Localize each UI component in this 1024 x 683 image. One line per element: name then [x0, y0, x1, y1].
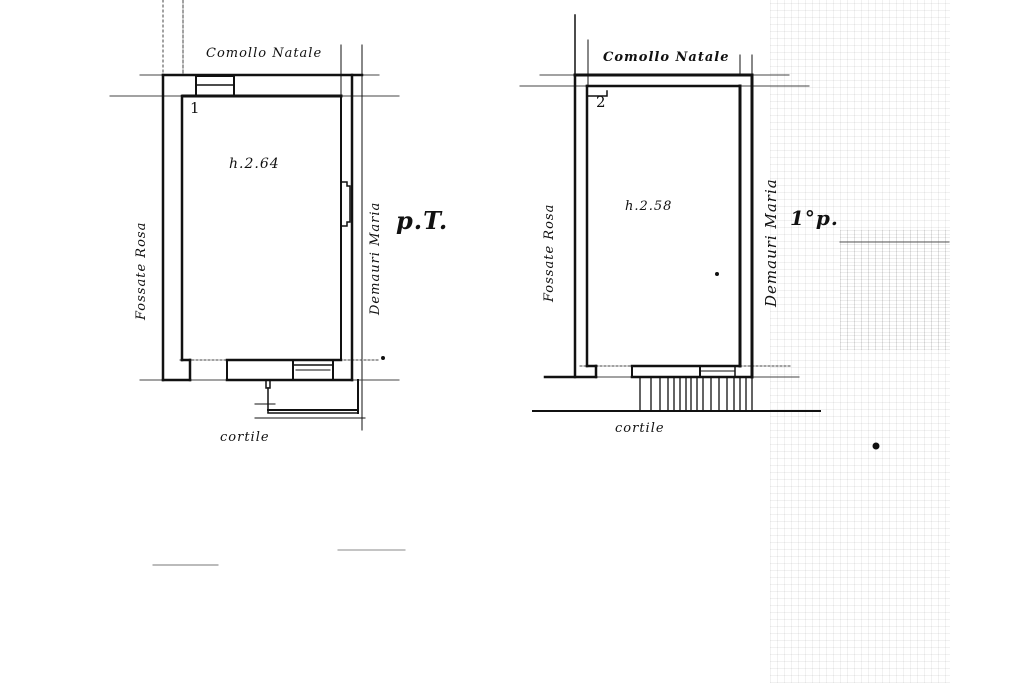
west-neighbor-label-first: Fossate Rosa — [542, 204, 557, 302]
floor-plan-sheet: Comollo Natale 1 h.2.64 Fossate Rosa Dem… — [0, 0, 1024, 683]
height-label-first: h.2.58 — [625, 199, 672, 214]
plan-drawing-svg — [0, 0, 1024, 683]
north-neighbor-label-ground: Comollo Natale — [206, 46, 322, 61]
room-number-first: 2 — [596, 93, 607, 111]
east-neighbor-label-first: Demauri Maria — [762, 178, 780, 307]
balcony-railing-hatch — [640, 377, 752, 411]
west-neighbor-label-ground: Fossate Rosa — [134, 222, 149, 320]
height-label-ground: h.2.64 — [229, 156, 280, 172]
floor-label-first: 1°p. — [790, 206, 839, 230]
first-floor-plan — [520, 15, 879, 449]
north-neighbor-label-first: Comollo Natale — [603, 50, 729, 65]
room-number-ground: 1 — [190, 99, 201, 117]
courtyard-label-first: cortile — [615, 421, 665, 436]
courtyard-label-ground: cortile — [220, 430, 270, 445]
ground-floor-plan — [110, 0, 400, 430]
floor-label-ground: p.T. — [396, 206, 448, 235]
east-neighbor-label-ground: Demauri Maria — [368, 202, 383, 315]
